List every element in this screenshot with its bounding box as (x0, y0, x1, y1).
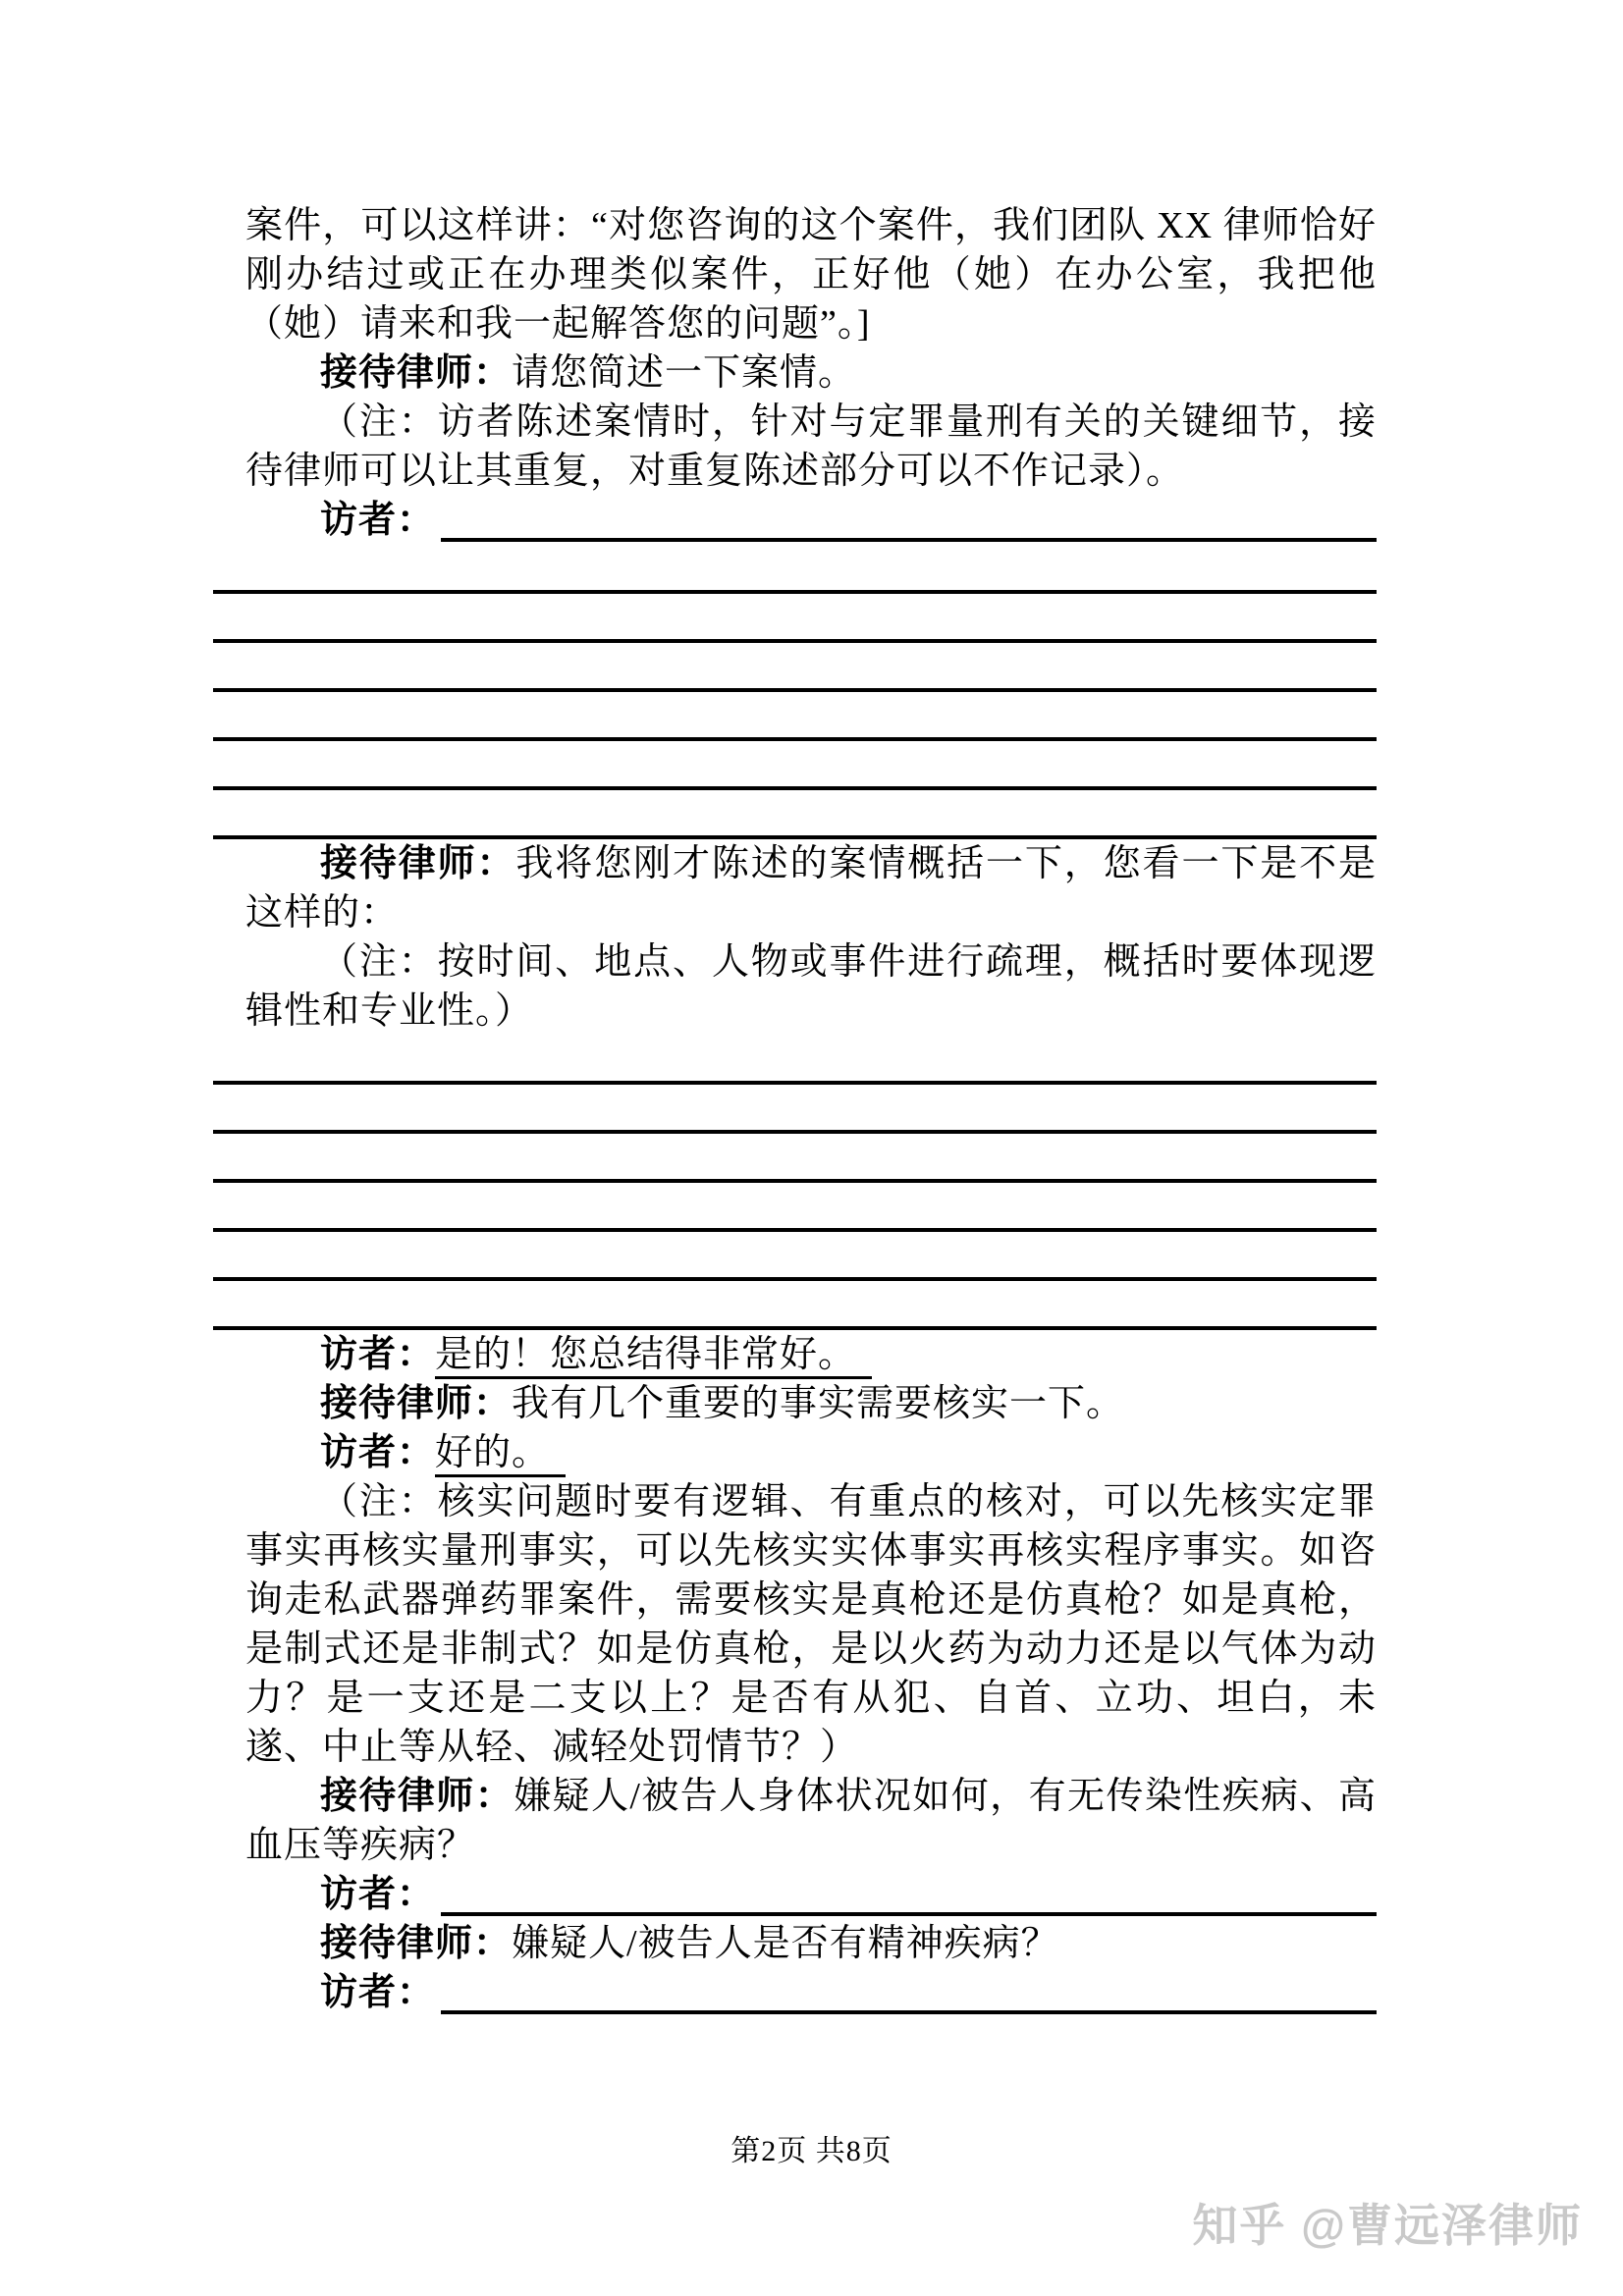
writing-line (213, 1036, 1377, 1085)
note-line: 辑性和专业性。） (245, 987, 1377, 1036)
writing-line (213, 1085, 1377, 1134)
writing-line (213, 545, 1377, 594)
dialog-line-visitor-blank: 访者： (245, 1968, 1377, 2017)
dialog-line-lawyer: 接待律师：嫌疑人/被告人身体状况如何，有无传染性疾病、高 (245, 1772, 1377, 1821)
dialog-text: 嫌疑人/被告人身体状况如何，有无传染性疾病、高 (514, 1776, 1377, 1817)
speaker-label-visitor: 访者： (320, 1432, 435, 1473)
note-line: 事实再核实量刑事实，可以先核实实体事实再核实程序事实。如咨 (245, 1526, 1377, 1575)
dialog-line-lawyer: 接待律师：我将您刚才陈述的案情概括一下，您看一下是不是 (245, 839, 1377, 888)
answer-blank-line (441, 1870, 1377, 1916)
dialog-line-lawyer-cont: 这样的： (245, 888, 1377, 937)
continued-paragraph-line: 案件，可以这样讲：“对您咨询的这个案件，我们团队 XX 律师恰好 (245, 201, 1377, 250)
writing-line (213, 643, 1377, 692)
note-line: 遂、中止等从轻、减轻处罚情节？） (245, 1723, 1377, 1772)
dialog-text: 我有几个重要的事实需要核实一下。 (512, 1383, 1124, 1424)
dialog-line-lawyer: 接待律师：我有几个重要的事实需要核实一下。 (245, 1379, 1377, 1428)
dialog-line-lawyer: 接待律师：嫌疑人/被告人是否有精神疾病？ (245, 1919, 1377, 1968)
note-line: （注：核实问题时要有逻辑、有重点的核对，可以先核实定罪 (245, 1477, 1377, 1526)
dialog-text: 请您简述一下案情。 (512, 352, 856, 394)
page-number: 第2页 共8页 (0, 2126, 1623, 2169)
document-page: 案件，可以这样讲：“对您咨询的这个案件，我们团队 XX 律师恰好 刚办结过或正在… (0, 0, 1623, 2296)
document-body: 案件，可以这样讲：“对您咨询的这个案件，我们团队 XX 律师恰好 刚办结过或正在… (245, 201, 1377, 2017)
writing-line (213, 594, 1377, 643)
note-line: （注：访者陈述案情时，针对与定罪量刑有关的关键细节，接 (245, 398, 1377, 447)
continued-paragraph-line: 刚办结过或正在办理类似案件，正好他（她）在办公室，我把他 (245, 250, 1377, 299)
note-line: 待律师可以让其重复，对重复陈述部分可以不作记录）。 (245, 447, 1377, 496)
visitor-answer-underlined: 是的！您总结得非常好。 (435, 1333, 872, 1379)
answer-blank-line (441, 496, 1377, 542)
writing-line (213, 790, 1377, 839)
speaker-label-visitor: 访者： (320, 496, 435, 545)
writing-line (213, 692, 1377, 741)
dialog-line-visitor: 访者：好的。 (245, 1428, 1377, 1477)
writing-line (213, 1281, 1377, 1330)
dialog-line-lawyer: 接待律师：请您简述一下案情。 (245, 348, 1377, 398)
speaker-label-lawyer: 接待律师： (320, 1383, 512, 1424)
visitor-answer-underlined: 好的。 (435, 1431, 566, 1477)
writing-line (213, 1134, 1377, 1183)
speaker-label-visitor: 访者： (320, 1968, 435, 2017)
dialog-line-visitor-blank: 访者： (245, 496, 1377, 545)
answer-blank-line (441, 1968, 1377, 2014)
writing-line (213, 1183, 1377, 1232)
speaker-label-lawyer: 接待律师： (320, 1923, 512, 1964)
speaker-label-lawyer: 接待律师： (320, 843, 515, 884)
speaker-label-lawyer: 接待律师： (320, 1776, 514, 1817)
dialog-line-lawyer-cont: 血压等疾病？ (245, 1821, 1377, 1870)
continued-paragraph-line: （她）请来和我一起解答您的问题”。] (245, 299, 1377, 348)
note-line: 力？是一支还是二支以上？是否有从犯、自首、立功、坦白，未 (245, 1674, 1377, 1723)
dialog-text: 嫌疑人/被告人是否有精神疾病？ (512, 1923, 1059, 1964)
dialog-line-visitor: 访者：是的！您总结得非常好。 (245, 1330, 1377, 1379)
note-line: （注：按时间、地点、人物或事件进行疏理，概括时要体现逻 (245, 937, 1377, 987)
dialog-line-visitor-blank: 访者： (245, 1870, 1377, 1919)
speaker-label-visitor: 访者： (320, 1334, 435, 1375)
speaker-label-lawyer: 接待律师： (320, 352, 512, 394)
writing-line (213, 741, 1377, 790)
note-line: 是制式还是非制式？如是仿真枪，是以火药为动力还是以气体为动 (245, 1625, 1377, 1674)
speaker-label-visitor: 访者： (320, 1870, 435, 1919)
dialog-text: 我将您刚才陈述的案情概括一下，您看一下是不是 (515, 843, 1377, 884)
note-line: 询走私武器弹药罪案件，需要核实是真枪还是仿真枪？如是真枪， (245, 1575, 1377, 1625)
writing-line (213, 1232, 1377, 1281)
watermark: 知乎 @曹远泽律师 (1192, 2190, 1583, 2255)
